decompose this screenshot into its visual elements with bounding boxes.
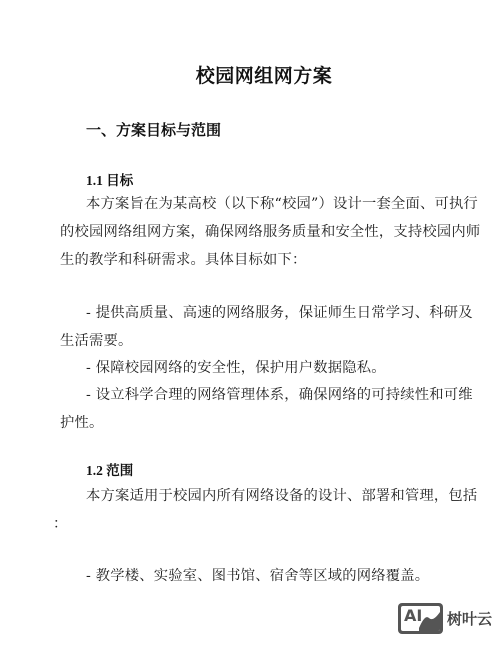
subsection-label: 范围	[106, 463, 133, 479]
paragraph-line: 的校园网络组网方案，确保网络服务质量和安全性，支持校园内师	[60, 221, 480, 241]
bullet-line: - 教学楼、实验室、图书馆、宿舍等区域的网络覆盖。	[86, 565, 429, 585]
subsection-number: 1.2	[86, 463, 103, 478]
wave-icon	[401, 606, 440, 631]
watermark-logo-icon: AI	[398, 603, 443, 634]
paragraph-line: 本方案适用于校园内所有网络设备的设计、部署和管理，包括	[86, 485, 477, 505]
subsection-heading-scope: 1.2 范围	[86, 459, 133, 479]
paragraph-line: ：	[53, 513, 68, 533]
bullet-line: 护性。	[60, 412, 104, 432]
paragraph-line: 本方案旨在为某高校（以下称“校园”）设计一套全面、可执行	[86, 193, 478, 213]
subsection-label: 目标	[106, 173, 133, 189]
watermark-brand: 树叶云	[447, 608, 492, 629]
paragraph-line: 生的教学和科研需求。具体目标如下：	[60, 249, 306, 269]
bullet-line: - 提供高质量、高速的网络服务，保证师生日常学习、科研及	[86, 302, 473, 322]
bullet-line: 生活需要。	[60, 330, 132, 350]
bullet-line: - 保障校园网络的安全性，保护用户数据隐私。	[86, 357, 386, 377]
subsection-heading-goals: 1.1 目标	[86, 169, 133, 189]
document-title: 校园网组网方案	[0, 61, 500, 88]
subsection-number: 1.1	[86, 173, 103, 188]
bullet-line: - 设立科学合理的网络管理体系，确保网络的可持续性和可维	[86, 384, 473, 404]
section-heading: 一、方案目标与范围	[86, 119, 221, 140]
